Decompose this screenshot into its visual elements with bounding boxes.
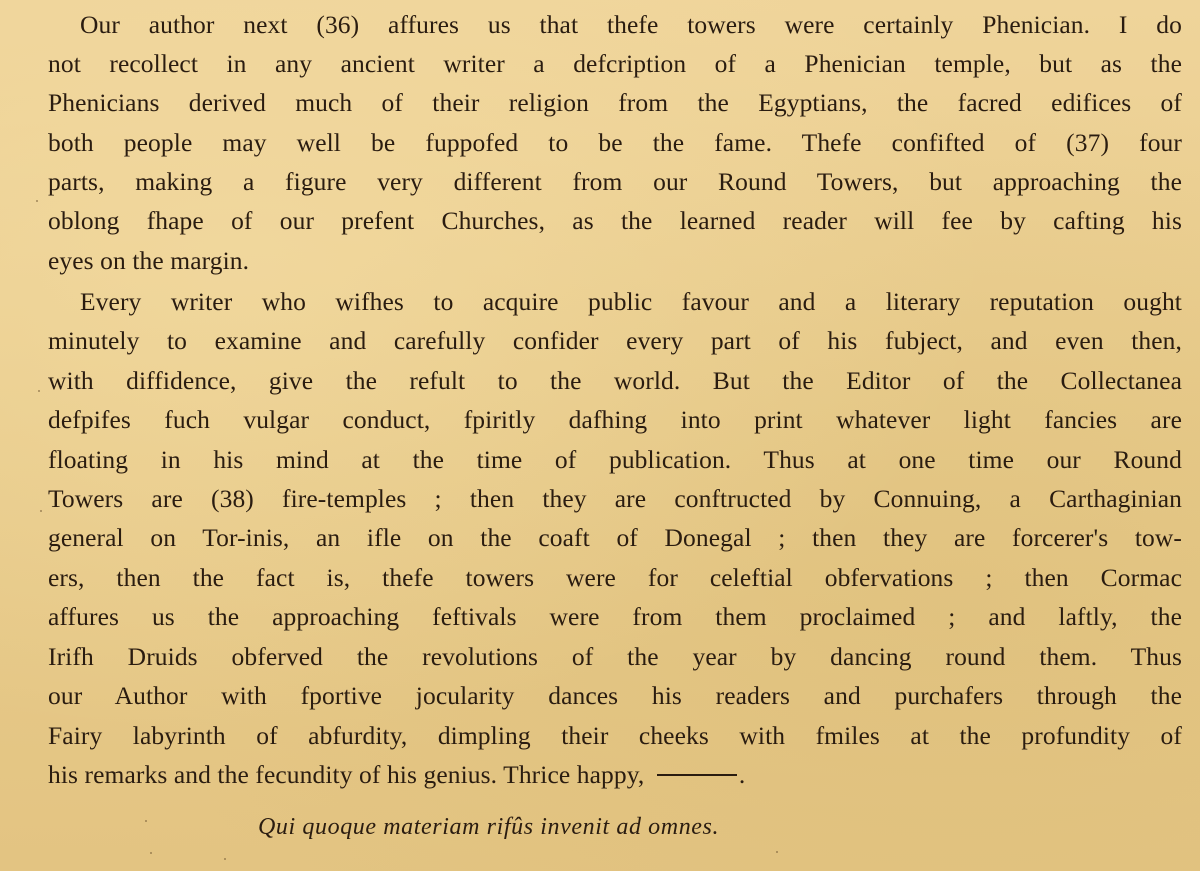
book-page: Our author next (36) affures us that the… (0, 0, 1200, 871)
closing-punctuation: . (739, 760, 745, 789)
paper-speck (145, 820, 147, 822)
em-dash-rule (657, 774, 737, 776)
text-line: Fairy labyrinth of abfurdity, dimpling t… (48, 721, 1182, 751)
paper-speck (776, 851, 778, 853)
text-line: minutely to examine and carefully confid… (48, 326, 1182, 356)
text-line: ers, then the fact is, thefe towers were… (48, 563, 1182, 593)
text-line: Phenicians derived much of their religio… (48, 88, 1182, 118)
paper-speck (36, 200, 38, 202)
text-line: Towers are (38) fire-temples ; then they… (48, 484, 1182, 514)
text-line: general on Tor-inis, an ifle on the coaf… (48, 523, 1182, 553)
text-line: defpifes fuch vulgar conduct, fpiritly d… (48, 405, 1182, 435)
text-line-final: his remarks and the fecundity of his gen… (48, 760, 745, 790)
text-line: affures us the approaching feftivals wer… (48, 602, 1182, 632)
text-line: our Author with fportive jocularity danc… (48, 681, 1182, 711)
paper-speck (40, 510, 42, 512)
text-line: Every writer who wifhes to acquire publi… (80, 287, 1182, 317)
text-line: Irifh Druids obferved the revolutions of… (48, 642, 1182, 672)
text-line: both people may well be fuppofed to be t… (48, 128, 1182, 158)
paper-speck (150, 852, 152, 854)
paper-speck (224, 858, 226, 860)
text-line: parts, making a figure very different fr… (48, 167, 1182, 197)
text-line: oblong fhape of our prefent Churches, as… (48, 206, 1182, 236)
paper-speck (38, 390, 40, 392)
text-line: not recollect in any ancient writer a de… (48, 49, 1182, 79)
text-line: Our author next (36) affures us that the… (80, 10, 1182, 40)
text-line: floating in his mind at the time of publ… (48, 445, 1182, 475)
text-line-content: his remarks and the fecundity of his gen… (48, 760, 644, 789)
latin-quotation: Qui quoque materiam rifûs invenit ad omn… (258, 812, 719, 842)
text-line: with diffidence, give the refult to the … (48, 366, 1182, 396)
text-line: eyes on the margin. (48, 246, 249, 276)
